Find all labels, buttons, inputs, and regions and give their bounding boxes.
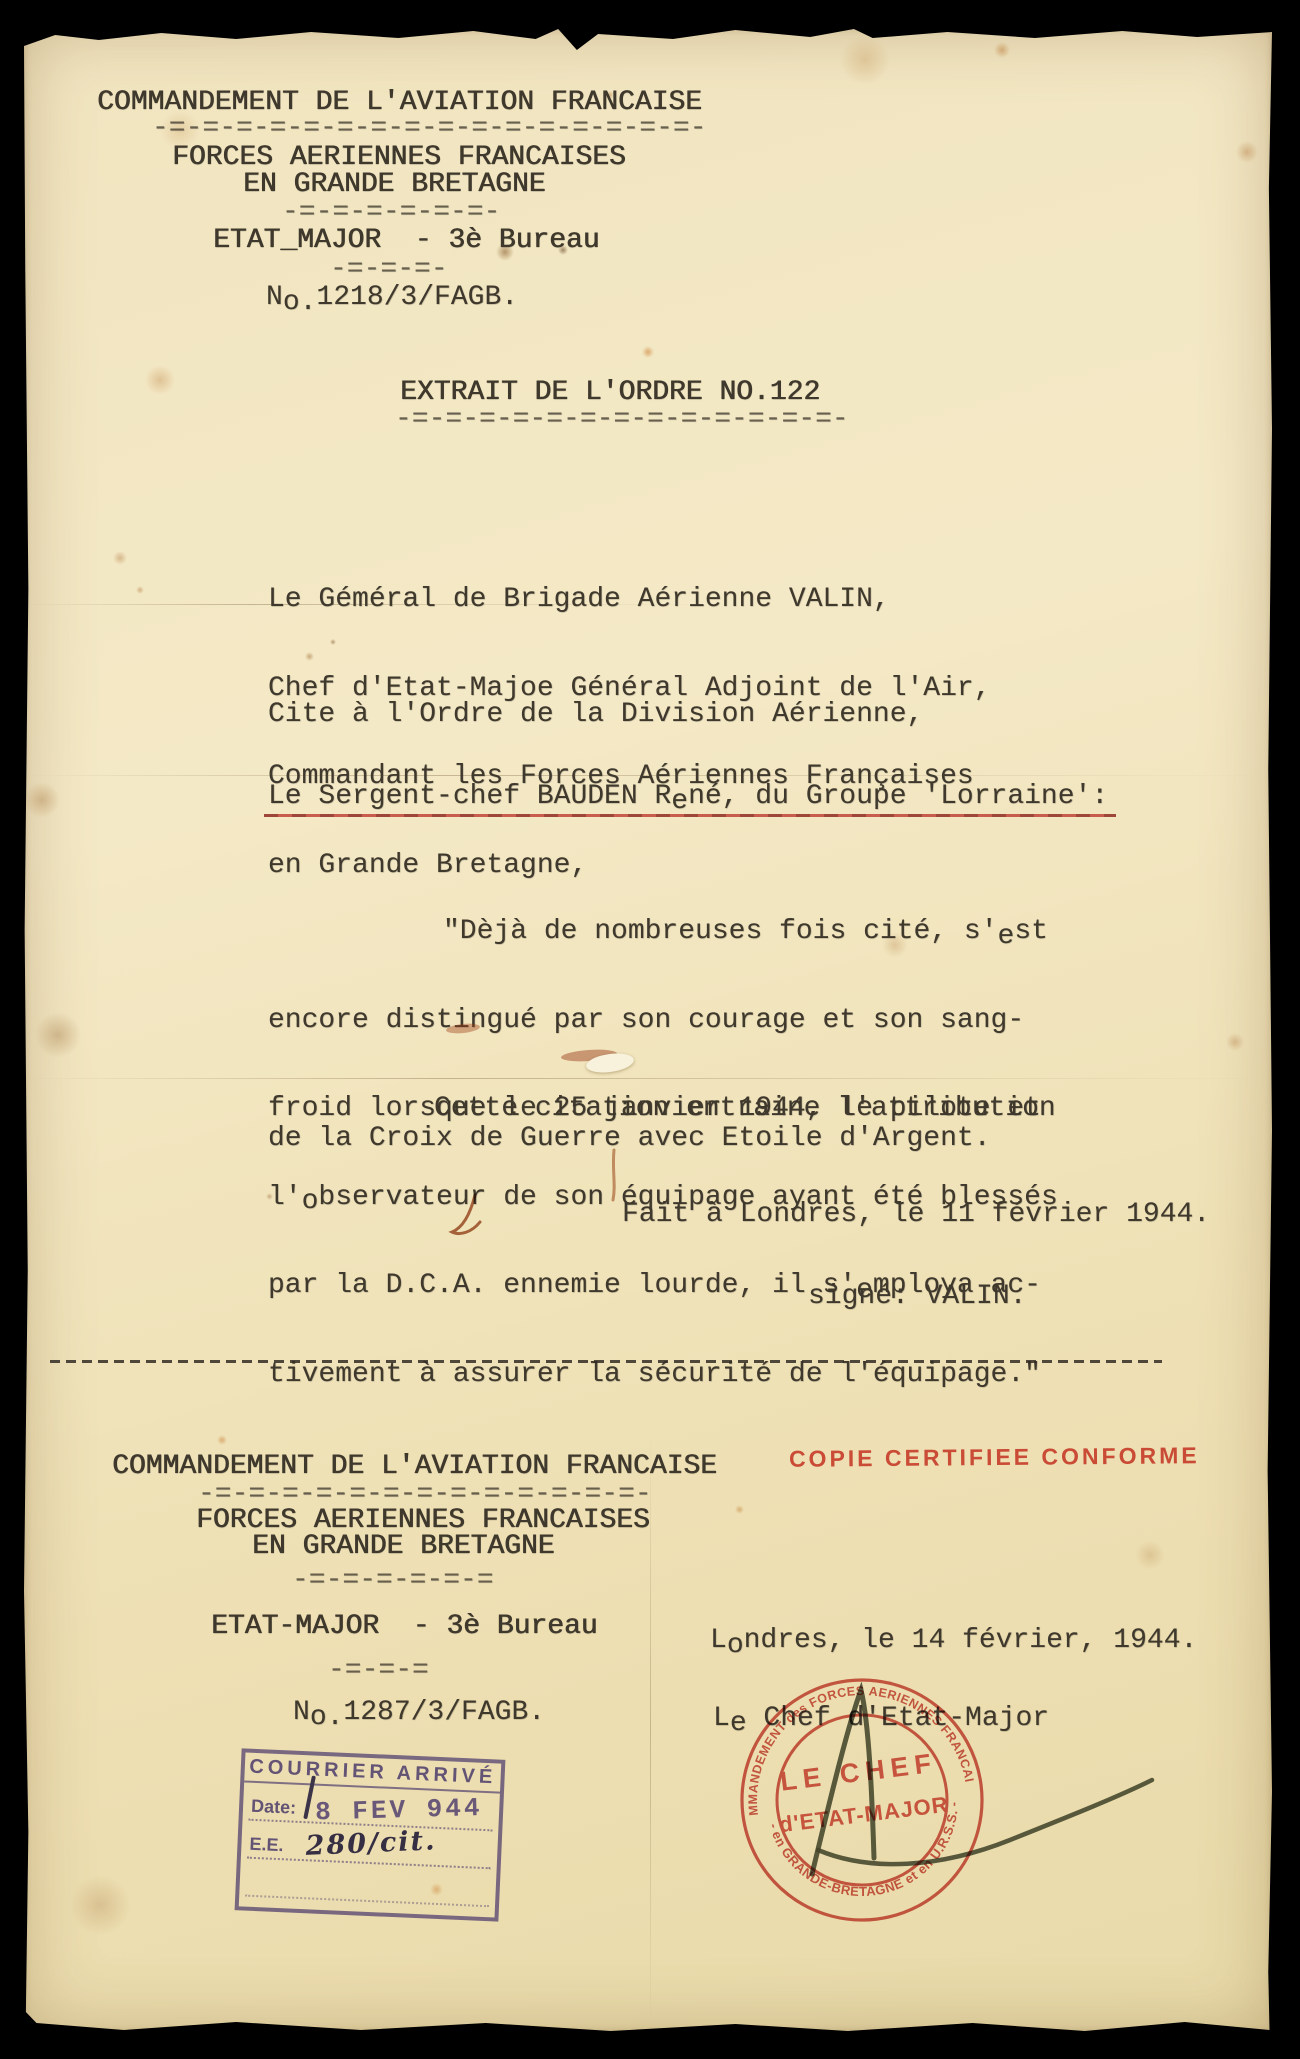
- award-line: Cette citation entraine l'attribution: [434, 1094, 1056, 1124]
- typed-rule: -=-=-=-: [330, 255, 448, 285]
- letterhead-bureau: ETAT_MAJOR - 3è Bureau: [213, 226, 599, 256]
- arrival-date-value: 8 FEV 944: [315, 1793, 483, 1827]
- issuer-line: Le Géméral de Brigade Aérienne VALIN,: [268, 585, 991, 615]
- text-segment: o.: [310, 1702, 344, 1733]
- typed-rule: -=-=-=-=-=-=-=-=-=-=-=-=-=-=-=-=-: [152, 114, 707, 144]
- text-segment: N: [266, 282, 283, 313]
- paper-crease: [650, 1428, 651, 2032]
- typed-rule: -=-=-=-=-=-=: [292, 1566, 494, 1596]
- reference-number: No.1287/3/FAGB.: [293, 1698, 545, 1728]
- text-segment: e: [998, 921, 1015, 952]
- typed-rule: -=-=-=-=-=-=-=-=-=-=-=-=-=-: [395, 405, 849, 435]
- citation-line: tivement à assurer la sécurité de l'équi…: [268, 1360, 1058, 1390]
- typed-rule: -=-=-=-=-=-=-: [282, 198, 500, 228]
- text-segment: par la D.C.A. ennemie lourde, il s': [268, 1270, 856, 1301]
- text-segment: encore distingué par son courage et son …: [268, 1005, 1024, 1036]
- text-segment: Le Sergent-chef BAUDEN R: [268, 781, 671, 812]
- reference-number: No.1218/3/FAGB.: [266, 283, 518, 313]
- photo-backdrop: COMMANDEMENT DE L'AVIATION FRANCAISE -=-…: [0, 0, 1300, 2059]
- citation-line: "Dèjà de nombreuses fois cité, s'est: [268, 917, 1058, 947]
- copy-certified-stamp: COPIE CERTIFIEE CONFORME: [789, 1442, 1200, 1473]
- arrival-ref-handwriting: 280/cit.: [305, 1825, 437, 1862]
- text-segment: o.: [283, 287, 317, 318]
- text-segment: e: [671, 786, 688, 817]
- arrival-ref-label: E.E.: [249, 1834, 284, 1856]
- arrival-stamp: COURRIER ARRIVÉ Date: 8 FEV 944 E.E. 280…: [235, 1748, 506, 1921]
- typed-rule: -=-=-=: [328, 1656, 429, 1686]
- text-segment: 1287/3/FAGB.: [343, 1697, 545, 1728]
- stamp-center-line2: d'ETAT-MAJOR: [778, 1792, 950, 1838]
- text-segment: l': [268, 1182, 302, 1213]
- stamp-center-line1: LE CHEF: [779, 1748, 939, 1797]
- text-segment: "Dèjà de nombreuses fois cité, s': [443, 916, 998, 947]
- text-segment: st: [1014, 916, 1048, 947]
- text-segment: tivement à assurer la sécurité de l'équi…: [268, 1359, 1041, 1390]
- text-segment: N: [293, 1697, 310, 1728]
- citation-line: encore distingué par son courage et son …: [268, 1006, 1058, 1036]
- round-official-stamp: COMMANDEMENT des FORCES AERIENNES FRANCA…: [712, 1650, 1012, 1950]
- arrival-date-label: Date:: [251, 1796, 297, 1819]
- text-segment: né, du Groupe 'Lorraine':: [688, 781, 1108, 812]
- text-segment: o: [302, 1186, 319, 1217]
- letterhead2-bureau: ETAT-MAJOR - 3è Bureau: [211, 1612, 597, 1642]
- place-date-line: Fait à Londres, le 11 février 1944.: [622, 1200, 1210, 1230]
- letterhead2-command: COMMANDEMENT DE L'AVIATION FRANCAISE: [112, 1452, 717, 1482]
- letterhead-country: EN GRANDE BRETAGNE: [243, 170, 545, 200]
- text-segment: 1218/3/FAGB.: [316, 282, 518, 313]
- section-divider: [50, 1360, 1162, 1363]
- award-line: de la Croix de Guerre avec Etoile d'Arge…: [268, 1124, 991, 1154]
- honoree-line: Le Sergent-chef BAUDEN René, du Groupe '…: [268, 782, 1108, 812]
- red-underline: [264, 814, 1116, 817]
- signed-line: signé: VALIN.: [808, 1282, 1026, 1312]
- letterhead2-country: EN GRANDE BRETAGNE: [252, 1532, 554, 1562]
- document-page: COMMANDEMENT DE L'AVIATION FRANCAISE -=-…: [24, 28, 1272, 2032]
- cite-line: Cite à l'Ordre de la Division Aérienne,: [268, 700, 923, 730]
